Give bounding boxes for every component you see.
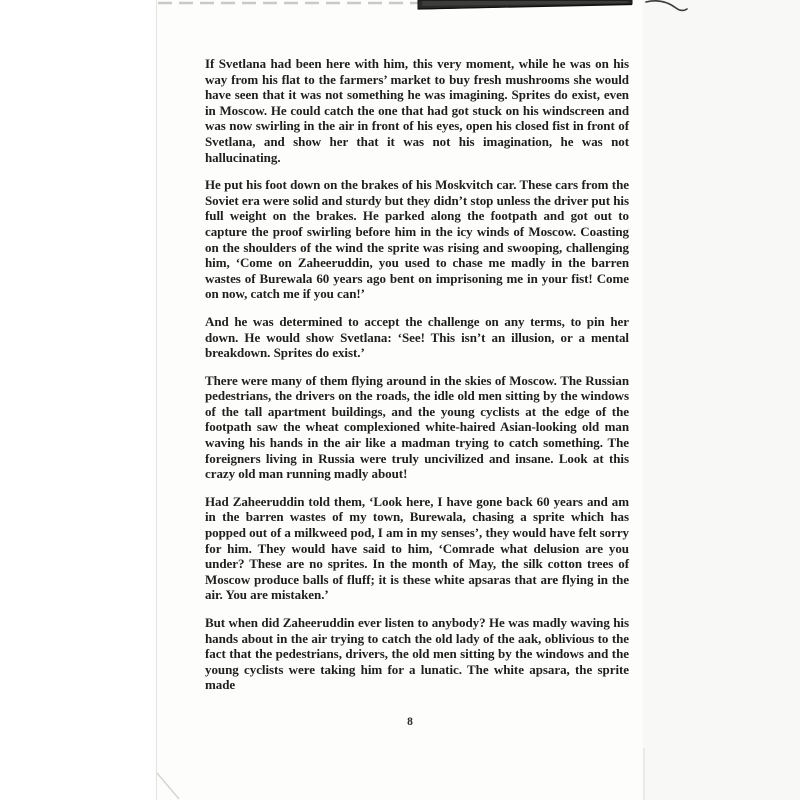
scan-artifact-left-page-edge	[156, 0, 157, 800]
page-number: 8	[205, 716, 615, 728]
body-paragraph: But when did Zaheeruddin ever listen to …	[205, 615, 629, 693]
body-paragraph: There were many of them flying around in…	[205, 373, 629, 482]
body-paragraph: He put his foot down on the brakes of hi…	[205, 177, 629, 302]
page-text-block: If Svetlana had been here with him, this…	[205, 56, 629, 705]
body-paragraph: If Svetlana had been here with him, this…	[205, 56, 629, 165]
body-paragraph: Had Zaheeruddin told them, ‘Look here, I…	[205, 494, 629, 603]
body-paragraph: And he was determined to accept the chal…	[205, 314, 629, 361]
scan-shading-right	[643, 0, 800, 800]
scanned-page: If Svetlana had been here with him, this…	[0, 0, 800, 800]
